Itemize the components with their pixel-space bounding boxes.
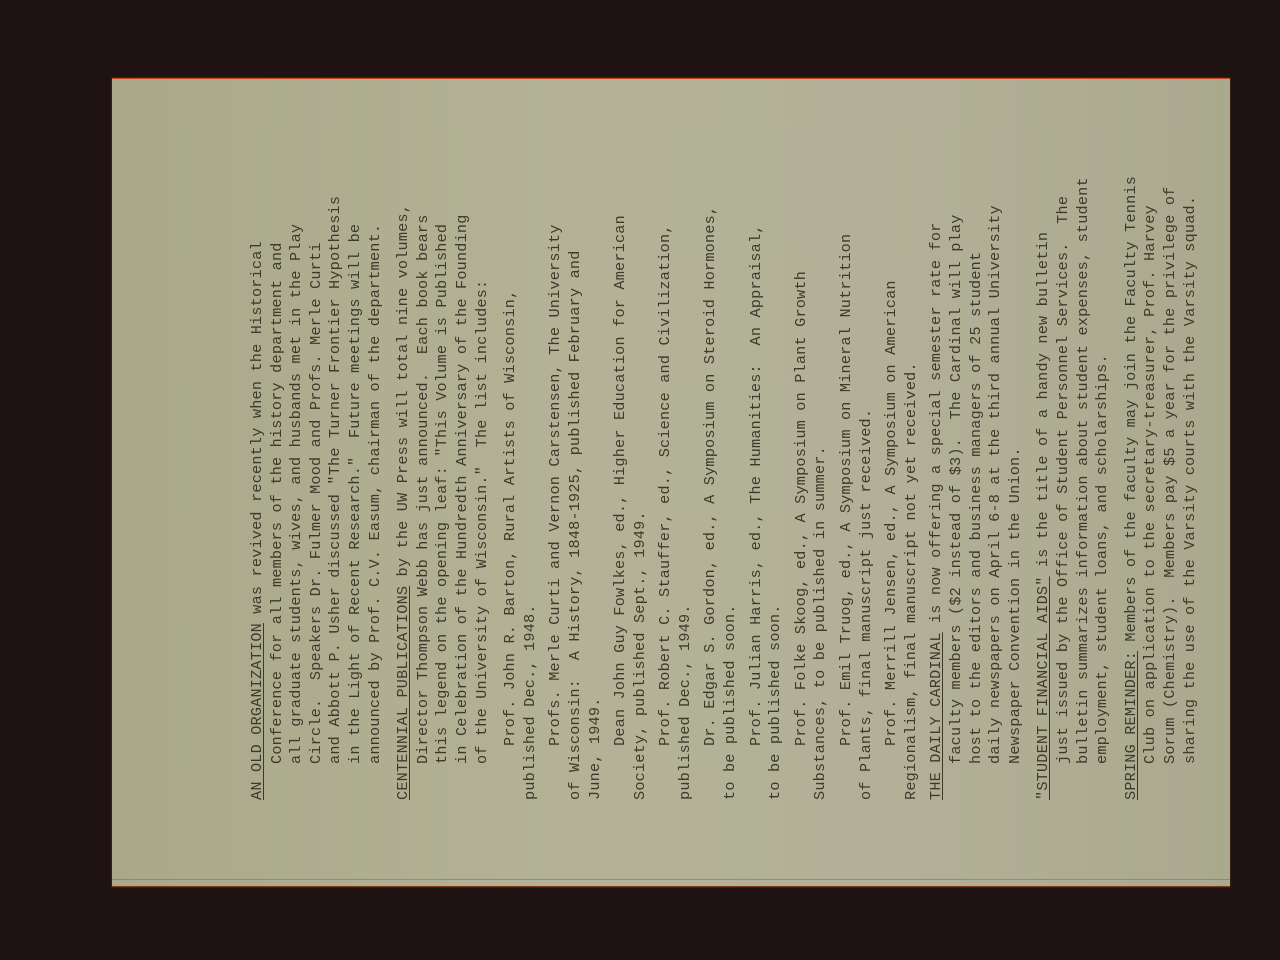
heading-spring-reminder: SPRING REMINDER:	[1122, 651, 1140, 800]
text-line: daily newspapers on April 6-8 at the thi…	[986, 150, 1006, 800]
publication-entry-continued: of Wisconsin: A History, 1848-1925, publ…	[566, 150, 586, 800]
text-line: Conference for all members of the histor…	[268, 150, 288, 800]
publication-list: Prof. John R. Barton, Rural Artists of W…	[501, 150, 927, 800]
heading-daily-cardinal: THE DAILY CARDINAL	[927, 632, 945, 800]
publication-entry: Prof. Robert C. Stauffer, ed., Science a…	[656, 150, 676, 800]
text-line: bulletin summarizes information about st…	[1074, 150, 1094, 800]
publication-entry: Prof. Merrill Jensen, ed., A Symposium o…	[882, 150, 902, 800]
publication-entry: Prof. Folke Skoog, ed., A Symposium on P…	[792, 150, 812, 800]
text-line: Circle. Speakers Dr. Fulmer Mood and Pro…	[307, 150, 327, 800]
publication-entry: Prof. Emil Truog, ed., A Symposium on Mi…	[837, 150, 857, 800]
section-old-organization: AN OLD ORGANIZATION was revived recently…	[248, 150, 268, 800]
heading-student-financial-aids: "STUDENT FINANCIAL AIDS"	[1034, 576, 1052, 800]
text-line: of the University of Wisconsin." The lis…	[473, 150, 493, 800]
publication-entry: Prof. Julian Harris, ed., The Humanities…	[747, 150, 767, 800]
text-line: Newspaper Convention in the Union.	[1006, 150, 1026, 800]
text-line: and Abbott P. Usher discussed "The Turne…	[326, 150, 346, 800]
text-line: in the Light of Recent Research." Future…	[346, 150, 366, 800]
publication-entry-continued: of Plants, final manuscript just receive…	[857, 150, 877, 800]
publication-entry: Prof. John R. Barton, Rural Artists of W…	[501, 150, 521, 800]
publication-entry: Dean John Guy Fowlkes, ed., Higher Educa…	[611, 150, 631, 800]
heading-old-organization: AN OLD ORGANIZATION	[248, 623, 266, 800]
publication-entry-continued: to be published soon.	[721, 150, 741, 800]
publication-entry: Dr. Edgar S. Gordon, ed., A Symposium on…	[701, 150, 721, 800]
section-spring-reminder: SPRING REMINDER: Members of the faculty …	[1122, 150, 1142, 800]
text-line: employment, student loans, and scholarsh…	[1093, 150, 1113, 800]
section-daily-cardinal: THE DAILY CARDINAL is now offering a spe…	[927, 150, 947, 800]
publication-entry-continued: published Dec., 1948.	[521, 150, 541, 800]
text-line: host to the editors and business manager…	[967, 150, 987, 800]
text-line: all graduate students, wives, and husban…	[287, 150, 307, 800]
publication-entry-continued: Substances, to be published in summer.	[811, 150, 831, 800]
section-student-financial-aids: "STUDENT FINANCIAL AIDS" is the title of…	[1034, 150, 1054, 800]
page-text: AN OLD ORGANIZATION was revived recently…	[248, 150, 1200, 800]
heading-centennial-publications: CENTENNIAL PUBLICATIONS	[394, 586, 412, 800]
text-line: Sorum (Chemistry). Members pay $5 a year…	[1161, 150, 1181, 800]
text-line: Club on application to the secretary-tre…	[1141, 150, 1161, 800]
publication-entry: Profs. Merle Curti and Vernon Carstensen…	[546, 150, 566, 800]
text-line: announced by Prof. C.V. Easum, chairman …	[366, 150, 386, 800]
text-line: this legend on the opening leaf: "This V…	[433, 150, 453, 800]
text-line: sharing the use of the Varsity courts wi…	[1181, 150, 1201, 800]
publication-entry-continued: June, 1949.	[586, 150, 606, 800]
publication-entry-continued: Society, published Sept., 1949.	[631, 150, 651, 800]
section-centennial-publications: CENTENNIAL PUBLICATIONS by the UW Press …	[394, 150, 414, 800]
publication-entry-continued: Regionalism, final manuscript not yet re…	[902, 150, 922, 800]
text-line: in Celebration of the Hundredth Annivers…	[453, 150, 473, 800]
publication-entry-continued: published Dec., 1949.	[676, 150, 696, 800]
text-line: just issued by the Office of Student Per…	[1054, 150, 1074, 800]
text-line: Director Thompson Webb has just announce…	[414, 150, 434, 800]
publication-entry-continued: to be published soon.	[766, 150, 786, 800]
text-line: faculty members ($2 instead of $3). The …	[947, 150, 967, 800]
